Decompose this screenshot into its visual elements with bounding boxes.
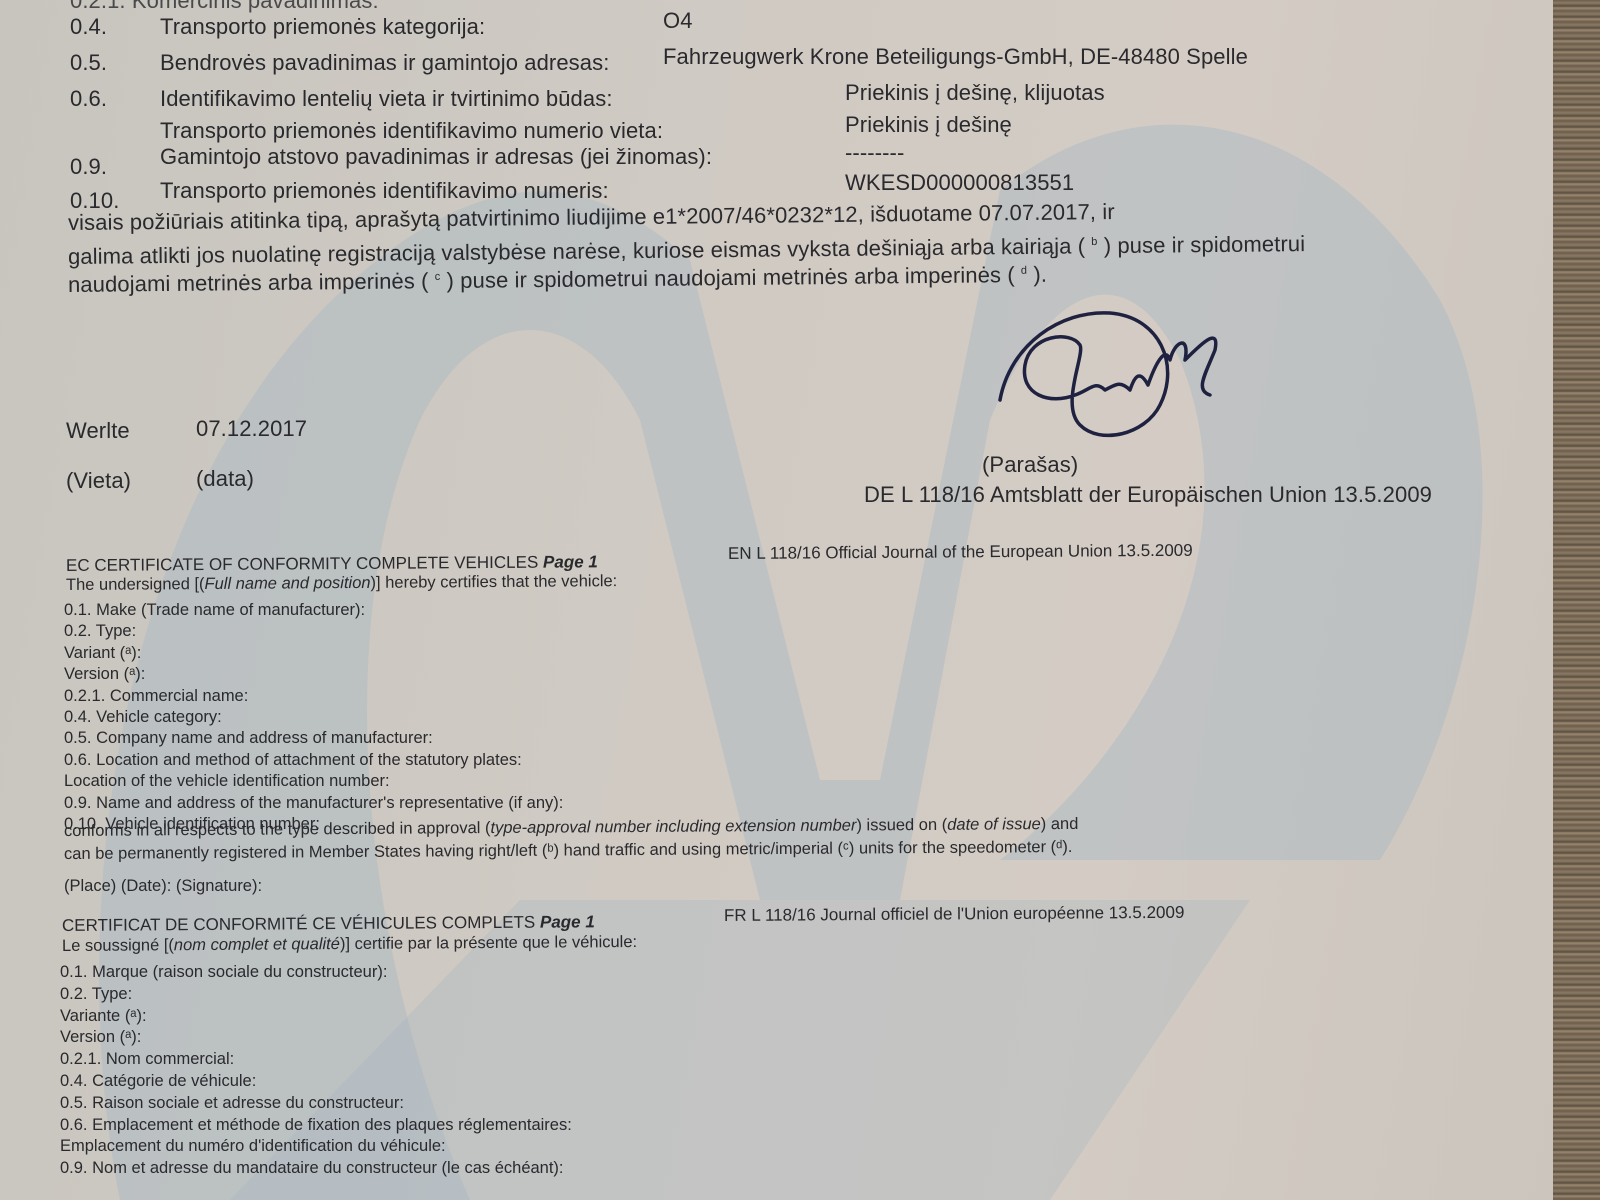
- manufacturer-value: Fahrzeugwerk Krone Beteiligungs-GmbH, DE…: [663, 44, 1248, 70]
- signature-icon: [990, 305, 1250, 445]
- field-line: Variante (ᵃ):: [60, 1007, 147, 1026]
- plates-location-value: Priekinis į dešinę, klijuotas: [845, 80, 1105, 106]
- vehicle-category-value: O4: [663, 8, 693, 34]
- field-line: 0.5. Raison sociale et adresse du constr…: [60, 1094, 404, 1113]
- vin-location-value: Priekinis į dešinę: [845, 112, 1012, 138]
- en-signature-line: (Place) (Date): (Signature):: [64, 877, 262, 896]
- representative-value: --------: [845, 140, 904, 166]
- field-line: 0.6. Emplacement et méthode de fixation …: [60, 1116, 572, 1135]
- field-row-0-6: 0.6. Identifikavimo lentelių vieta ir tv…: [0, 86, 1500, 114]
- signature-label: (Parašas): [982, 452, 1078, 478]
- field-line: 0.9. Nom et adresse du mandataire du con…: [60, 1159, 564, 1178]
- certificate-page: 0.2.1. Komercinis pavadinimas: 0.4. Tran…: [0, 0, 1556, 1200]
- place-value: Werlte: [66, 418, 130, 444]
- field-line: Version (ᵃ):: [64, 665, 145, 684]
- field-line: 0.2. Type:: [60, 985, 132, 1004]
- field-line: 0.4. Catégorie de véhicule:: [60, 1072, 256, 1091]
- conformity-text-line-2: galima atlikti jos nuolatinę registracij…: [68, 231, 1305, 270]
- field-line: 0.2.1. Nom commercial:: [60, 1050, 234, 1069]
- field-row-vin-location: Transporto priemonės identifikavimo nume…: [0, 118, 1500, 146]
- place-label: (Vieta): [66, 468, 131, 494]
- field-row-0-4: 0.4. Transporto priemonės kategorija: O4: [0, 14, 1500, 42]
- en-intro: The undersigned [(Full name and position…: [66, 572, 617, 595]
- field-line: 0.9. Name and address of the manufacture…: [64, 794, 563, 813]
- field-line: 0.6. Location and method of attachment o…: [64, 751, 522, 770]
- cut-off-line: 0.2.1. Komercinis pavadinimas:: [70, 0, 379, 14]
- field-line: 0.2. Type:: [64, 622, 136, 641]
- wooden-table-edge: [1553, 0, 1600, 1200]
- field-line: 0.4. Vehicle category:: [64, 708, 222, 727]
- field-line: Version (ᵃ):: [60, 1028, 141, 1047]
- date-value: 07.12.2017: [196, 416, 307, 442]
- fr-intro: Le soussigné [(nom complet et qualité)] …: [62, 933, 637, 956]
- de-journal-reference: DE L 118/16 Amtsblatt der Europäischen U…: [864, 482, 1432, 508]
- field-line: 0.5. Company name and address of manufac…: [64, 729, 433, 748]
- field-line: Emplacement du numéro d'identification d…: [60, 1137, 446, 1156]
- field-line: 0.1. Marque (raison sociale du construct…: [60, 963, 387, 982]
- field-row-0-5: 0.5. Bendrovės pavadinimas ir gamintojo …: [0, 50, 1500, 78]
- field-line: Location of the vehicle identification n…: [64, 772, 390, 791]
- fr-journal-reference: FR L 118/16 Journal officiel de l'Union …: [724, 903, 1185, 926]
- field-line: 0.2.1. Commercial name:: [64, 687, 248, 706]
- vin-value: WKESD000000813551: [845, 170, 1074, 196]
- fr-title: CERTIFICAT DE CONFORMITÉ CE VÉHICULES CO…: [62, 912, 595, 936]
- date-label: (data): [196, 466, 254, 492]
- field-line: 0.1. Make (Trade name of manufacturer):: [64, 601, 365, 620]
- field-line: Variant (ᵃ):: [64, 644, 141, 663]
- en-journal-reference: EN L 118/16 Official Journal of the Euro…: [728, 541, 1193, 564]
- en-registered-line: can be permanently registered in Member …: [64, 838, 1073, 864]
